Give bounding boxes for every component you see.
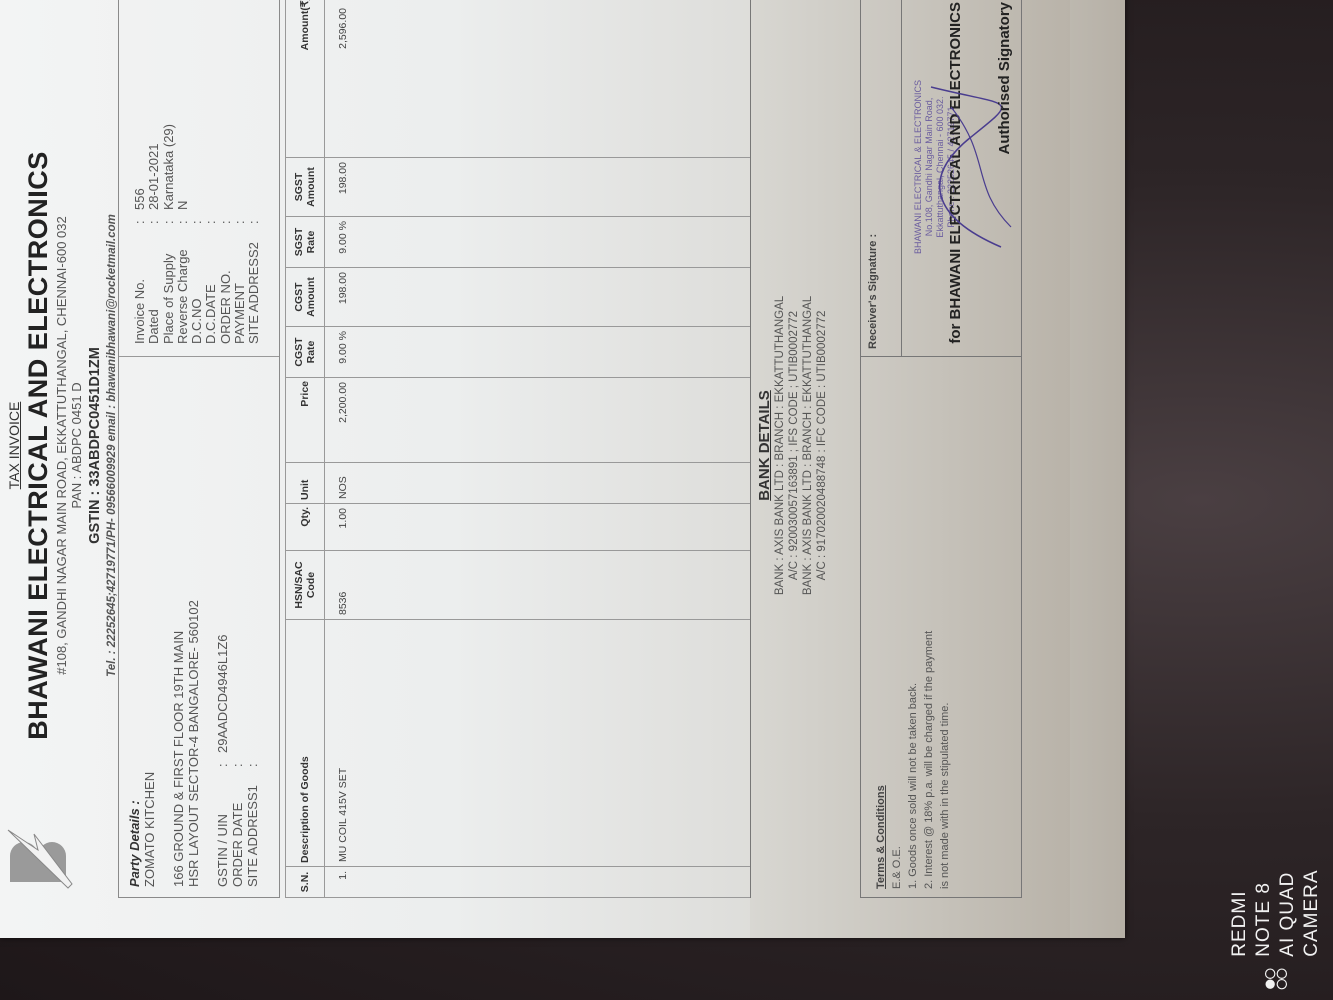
invoice-paper-lower: BANK DETAILS BANK : AXIS BANK LTD : BRAN…: [750, 0, 1070, 938]
bank-line: A/C : 920030057163891 ; IFS CODE ; UTIB0…: [787, 0, 801, 898]
meta-row: ORDER NO.:: [219, 124, 233, 344]
col-unit: Unit: [286, 463, 325, 504]
bank-details: BANK DETAILS BANK : AXIS BANK LTD : BRAN…: [756, 0, 829, 898]
watermark-line2: AI QUAD CAMERA: [1276, 853, 1324, 957]
invoice-header: TAX INVOICE BHAWANI ELECTRICAL AND ELECT…: [6, 0, 118, 898]
col-hsn: HSN/SAC Code: [286, 551, 325, 620]
meta-row: D.C.NO:: [190, 124, 204, 344]
camera-watermark: REDMI NOTE 8 AI QUAD CAMERA: [1228, 853, 1324, 990]
party-heading: Party Details :: [127, 447, 142, 887]
bank-title: BANK DETAILS: [756, 0, 773, 898]
meta-row: Place of Supply:Karnataka (29): [162, 124, 176, 344]
col-sgst-amount: SGST Amount: [286, 158, 325, 217]
party-field: SITE ADDRESS1:: [245, 447, 260, 887]
party-field: ORDER DATE:: [230, 447, 245, 887]
company-contact: Tel. : 22252645;42719771/PH- 09566009929…: [106, 0, 118, 898]
col-cgst-amount: CGST Amount: [286, 268, 325, 327]
meta-row: PAYMENT:: [233, 124, 247, 344]
party-address-line2: HSR LAYOUT SECTOR-4 BANGALORE- 560102: [186, 447, 201, 887]
col-sgst-rate: SGST Rate: [286, 217, 325, 268]
bank-line: BANK : AXIS BANK LTD : BRANCH : EKKATTUT…: [801, 0, 815, 898]
company-pan: PAN : ABDPC 0451 D: [69, 0, 84, 898]
terms: Terms & Conditions E.& O.E. 1. Goods onc…: [873, 631, 953, 889]
company-gstin: GSTIN : 33ABDPC0451D1ZM: [87, 0, 103, 898]
col-price: Price: [286, 378, 325, 463]
bank-line: A/C : 917020020488748 : IFC CODE : UTIB0…: [815, 0, 829, 898]
divider: [901, 0, 902, 357]
divider: [861, 356, 1021, 357]
party-field: GSTIN / UIN:29AADCD4946L1Z6: [215, 447, 230, 887]
items-header-row: S.N. Description of Goods HSN/SAC Code Q…: [286, 0, 325, 898]
watermark-line1: REDMI NOTE 8: [1228, 853, 1276, 957]
camera-brand-icon: [1254, 967, 1298, 990]
company-address: #108, GANDHI NAGAR MAIN ROAD, EKKATTUTHA…: [54, 0, 69, 898]
meta-row: D.C.DATE:: [204, 124, 218, 344]
receiver-signature-label: Receiver's Signature :: [867, 234, 879, 349]
footer-box: Terms & Conditions E.& O.E. 1. Goods onc…: [860, 0, 1022, 898]
meta-row: Dated:28-01-2021: [147, 124, 161, 344]
authorised-signatory: Authorised Signatory: [996, 2, 1013, 155]
meta-row: SITE ADDRESS2:: [247, 124, 261, 344]
party-name: ZOMATO KITCHEN: [142, 447, 157, 887]
divider: [119, 356, 279, 357]
col-amount: Amount(₹): [286, 0, 325, 158]
party-details: Party Details : ZOMATO KITCHEN 166 GROUN…: [127, 447, 260, 887]
bank-line: BANK : AXIS BANK LTD : BRANCH : EKKATTUT…: [773, 0, 787, 898]
col-qty: Qty.: [286, 504, 325, 551]
party-and-invoice-details: Party Details : ZOMATO KITCHEN 166 GROUN…: [118, 0, 280, 898]
col-sn: S.N.: [286, 867, 325, 898]
document-title: TAX INVOICE: [6, 0, 22, 898]
meta-row: Invoice No.:556: [133, 124, 147, 344]
invoice-meta: Invoice No.:556 Dated:28-01-2021 Place o…: [133, 124, 262, 344]
party-address-line1: 166 GROUND & FIRST FLOOR 19TH MAIN: [171, 447, 186, 887]
col-description: Description of Goods: [286, 620, 325, 867]
meta-row: Reverse Charge:N: [176, 124, 190, 344]
col-cgst-rate: CGST Rate: [286, 327, 325, 378]
company-name: BHAWANI ELECTRICAL AND ELECTRONICS: [23, 0, 54, 898]
